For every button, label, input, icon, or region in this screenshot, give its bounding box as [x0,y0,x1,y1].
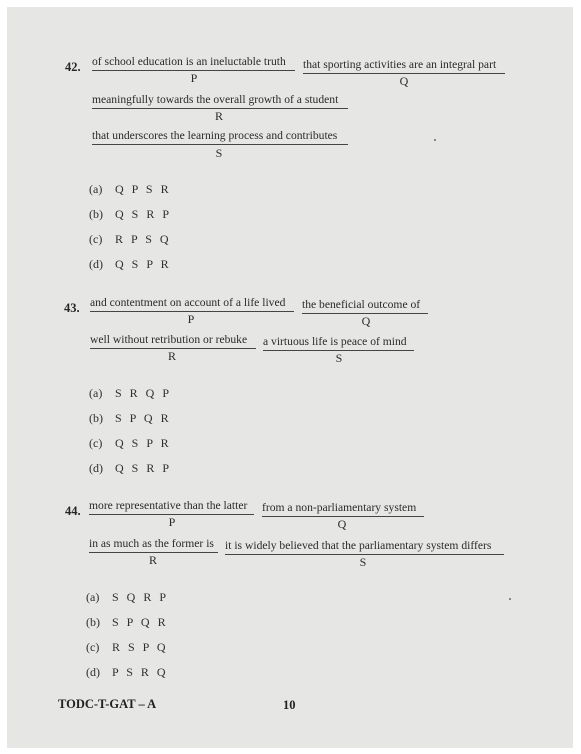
segment-label-s: S [209,146,229,161]
option-a[interactable]: (a)Q P S R [89,182,171,197]
option-b[interactable]: (b)Q S R P [89,207,172,222]
option-key: (a) [89,182,115,197]
segment-p: and contentment on account of a life liv… [90,296,294,312]
option-value: Q S P R [115,257,171,271]
segment-s: a virtuous life is peace of mind [263,335,414,351]
segment-label-r: R [162,349,182,364]
segment-label-s: S [329,351,349,366]
option-key: (b) [86,615,112,630]
option-c[interactable]: (c)R P S Q [89,232,171,247]
option-key: (c) [89,232,115,247]
segment-q: the beneficial outcome of [302,298,428,314]
option-key: (c) [89,436,115,451]
option-value: S R Q P [115,386,172,400]
option-a[interactable]: (a)S R Q P [89,386,172,401]
segment-label-r: R [143,553,163,568]
scanned-page [7,7,573,748]
option-value: Q S R P [115,461,172,475]
option-key: (b) [89,411,115,426]
option-c[interactable]: (c)Q S P R [89,436,171,451]
option-key: (a) [89,386,115,401]
option-key: (c) [86,640,112,655]
segment-p: of school education is an ineluctable tr… [92,55,295,71]
segment-label-q: Q [332,517,352,532]
option-value: S P Q R [115,411,171,425]
segment-s: it is widely believed that the parliamen… [225,539,504,555]
segment-label-p: P [181,312,201,327]
page-number: 10 [283,698,296,713]
segment-label-r: R [209,109,229,124]
option-b[interactable]: (b)S P Q R [86,615,168,630]
option-value: R S P Q [112,640,168,654]
option-key: (d) [89,461,115,476]
option-d[interactable]: (d)P S R Q [86,665,168,680]
option-value: P S R Q [112,665,168,679]
segment-q: from a non-parliamentary system [262,501,424,517]
segment-label-p: P [162,515,182,530]
segment-label-q: Q [394,74,414,89]
segment-s: that underscores the learning process an… [92,129,348,145]
scan-speck [509,598,511,600]
option-key: (d) [86,665,112,680]
segment-r: meaningfully towards the overall growth … [92,93,348,109]
segment-r: in as much as the former is [89,537,218,553]
option-value: S P Q R [112,615,168,629]
question-number: 44. [65,504,81,519]
option-key: (a) [86,590,112,605]
option-key: (d) [89,257,115,272]
option-value: Q S R P [115,207,172,221]
option-key: (b) [89,207,115,222]
option-b[interactable]: (b)S P Q R [89,411,171,426]
option-value: S Q R P [112,590,169,604]
question-number: 42. [65,60,81,75]
option-c[interactable]: (c)R S P Q [86,640,168,655]
segment-r: well without retribution or rebuke [90,333,256,349]
option-d[interactable]: (d)Q S R P [89,461,172,476]
segment-label-s: S [353,555,373,570]
paper-code: TODC-T-GAT – A [58,697,156,712]
segment-label-q: Q [356,314,376,329]
segment-p: more representative than the latter [89,499,254,515]
segment-q: that sporting activities are an integral… [303,58,505,74]
option-value: Q P S R [115,182,171,196]
option-a[interactable]: (a)S Q R P [86,590,169,605]
option-value: Q S P R [115,436,171,450]
segment-label-p: P [184,71,204,86]
question-number: 43. [64,301,80,316]
option-value: R P S Q [115,232,171,246]
scan-speck [434,139,436,141]
option-d[interactable]: (d)Q S P R [89,257,171,272]
